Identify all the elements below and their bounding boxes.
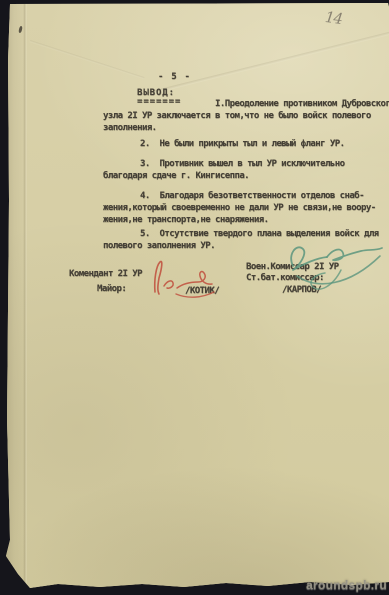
paragraph-line: благодаря сдаче г. Кингисеппа. [103, 171, 249, 181]
paragraph-line: жения,не транспорта,не снаряжения. [103, 215, 269, 225]
paragraph-line: 4. Благодаря безответственности отделов … [140, 191, 364, 201]
paragraph-line: 3. Противник вышел в тыл УР исключительн… [140, 159, 344, 169]
paragraph-line: I.Преодоление противником Дубровского [215, 99, 389, 109]
signature-left-role: Комендант 2I УР [69, 269, 142, 279]
handwritten-signature-green [283, 238, 387, 304]
scanned-document: { "scan": { "handwritten_page_number": "… [0, 0, 389, 595]
paragraph-line: заполнения. [103, 123, 157, 133]
page-number-header: - 5 - [158, 72, 191, 82]
document-page: - 5 - ВЫВОД: ======= I.Преодоление проти… [0, 0, 389, 595]
paragraph-line: узла 2I УР заключается в том,что не было… [103, 111, 371, 121]
paragraph-line: жения,который своевременно не дали УР не… [103, 203, 376, 213]
heading-underline: ======= [137, 97, 181, 107]
handwritten-page-number: 14 [324, 9, 343, 27]
paper-crease-small [30, 40, 145, 79]
ink-speck [18, 26, 23, 34]
paragraph-line: 2. Не были прикрыты тыл и левый фланг УР… [140, 139, 344, 149]
handwritten-signature-red [146, 254, 220, 302]
paper-crease [148, 29, 389, 95]
paragraph-line: полевого заполнения УР. [103, 241, 215, 251]
paper-fold-line [23, 0, 27, 595]
signature-left-rank: Майор: [97, 284, 126, 294]
watermark: aroundspb.ru [306, 579, 387, 592]
